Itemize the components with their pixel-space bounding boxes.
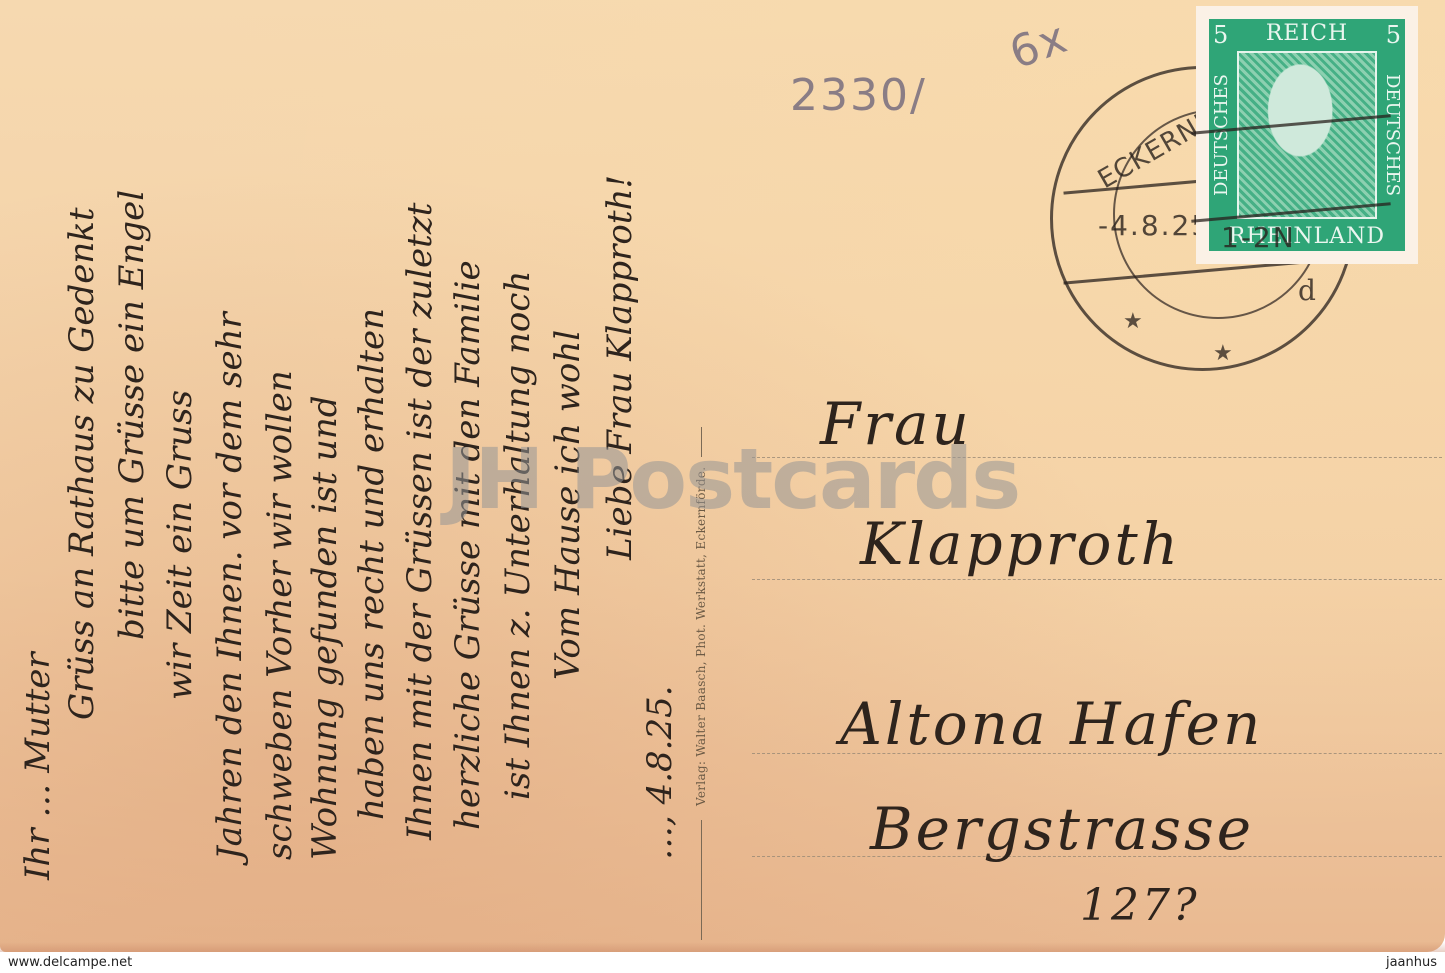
message-line: Grüss an Rathaus zu Gedenkt <box>62 207 102 720</box>
postmark-star: ★ <box>1213 341 1233 366</box>
stamp-left-text: DEUTSCHES <box>1211 49 1233 221</box>
stamp-eagle-illustration <box>1237 51 1377 219</box>
pencil-catalog-number: 2330/ <box>790 70 927 121</box>
message-line: herzliche Grüsse mit den Familie <box>448 260 488 830</box>
postmark-date: -4.8.25 <box>1098 209 1211 242</box>
message-line: schweben Vorher wir wollen <box>260 370 300 860</box>
message-line: ist Ihnen z. Unterhaltung noch <box>498 271 538 800</box>
card-edge-shadow <box>0 942 1445 952</box>
message-dateline: …, 4.8.25. <box>640 685 680 860</box>
stamp-right-text: DEUTSCHES <box>1381 49 1403 221</box>
message-line: bitte um Grüsse ein Engel <box>112 190 152 640</box>
address-city: Altona Hafen <box>840 690 1263 758</box>
publisher-imprint: Verlag: Walter Baasch, Phot. Werkstatt, … <box>693 250 709 940</box>
stamp-top-text: REICH <box>1209 21 1405 46</box>
message-line: Jahren den Ihnen. vor dem sehr <box>210 312 250 860</box>
message-line: wir Zeit ein Gruss <box>160 390 200 700</box>
message-line: Ihr … Mutter <box>18 652 58 880</box>
footer-seller-credit: jaanhus <box>1386 955 1437 970</box>
message-line: haben uns recht und erhalten <box>352 308 392 820</box>
message-line: Ihnen mit der Grüssen ist der zuletzt <box>400 203 440 840</box>
footer-site-credit: www.delcampe.net <box>8 955 132 970</box>
postmark-star: ★ <box>1123 309 1143 334</box>
postmark-time: 1-2N <box>1221 221 1296 254</box>
divider-line <box>701 820 702 940</box>
address-number: 127? <box>1080 880 1200 931</box>
postmark-sub-office: d <box>1298 274 1316 307</box>
address-street: Bergstrasse <box>870 795 1254 863</box>
pencil-price: 6x <box>1003 12 1075 80</box>
message-line: Wohnung gefunden ist und <box>305 396 345 860</box>
stamp-value-right: 5 <box>1386 21 1401 49</box>
watermark: JH Postcards <box>445 430 1019 528</box>
postcard-back: Ihr … Mutter Grüss an Rathaus zu Gedenkt… <box>0 0 1445 952</box>
postage-stamp: 5 REICH 5 DEUTSCHES DEUTSCHES RHEINLAND … <box>1196 6 1418 264</box>
address-line <box>752 579 1442 580</box>
